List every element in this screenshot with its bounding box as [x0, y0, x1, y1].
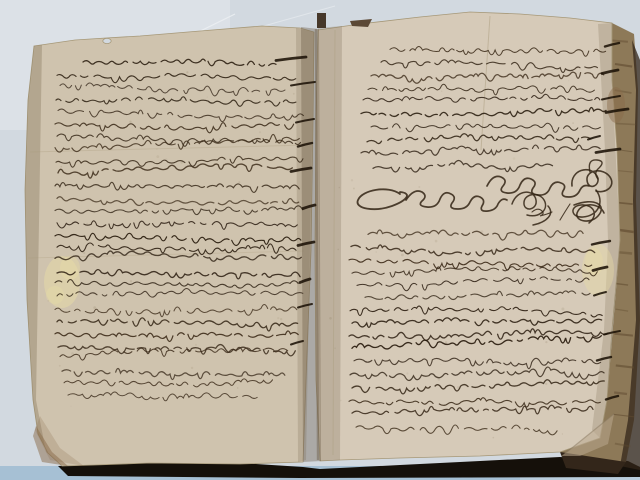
paper-speck: [75, 130, 77, 132]
paper-speck: [156, 148, 157, 149]
edge-stain: [607, 87, 625, 123]
paper-speck: [545, 341, 547, 343]
paper-speck: [93, 306, 96, 309]
paper-speck: [590, 324, 591, 325]
paper-speck: [48, 300, 49, 301]
paper-speck: [353, 188, 355, 190]
paper-speck: [214, 343, 215, 344]
binding-cord: [317, 13, 326, 28]
paper-speck: [293, 93, 295, 95]
paper-speck: [329, 317, 332, 320]
paper-speck: [71, 406, 72, 407]
paper-speck: [259, 131, 261, 133]
paper-speck: [277, 317, 279, 319]
worm-hole: [103, 38, 111, 43]
paper-speck: [280, 318, 282, 320]
paper-speck: [442, 280, 443, 281]
paper-speck: [334, 347, 336, 349]
paper-speck: [130, 280, 132, 282]
paper-speck: [441, 364, 442, 365]
right-page: [315, 12, 625, 461]
paper-speck: [572, 122, 574, 124]
paper-speck: [86, 223, 88, 225]
paper-speck: [71, 352, 74, 355]
paper-speck: [378, 121, 379, 122]
paper-speck: [186, 71, 188, 73]
paper-speck: [340, 400, 342, 402]
paper-speck: [457, 386, 459, 388]
paper-speck: [509, 147, 510, 148]
paper-speck: [178, 77, 179, 78]
paper-speck: [195, 344, 197, 346]
paper-speck: [441, 91, 442, 92]
paper-speck: [568, 80, 569, 81]
right-page-gutter-shading: [318, 26, 342, 461]
page-edge-streak: [612, 41, 628, 42]
paper-speck: [129, 121, 131, 123]
paper-speck: [284, 146, 285, 147]
page-edge-streak: [614, 393, 627, 395]
paper-speck: [61, 166, 63, 168]
photo-canvas: [0, 0, 640, 480]
paper-speck: [513, 157, 516, 160]
paper-speck: [83, 252, 85, 254]
paper-speck: [238, 181, 240, 183]
paper-speck: [376, 251, 377, 252]
paper-speck: [351, 179, 353, 181]
paper-speck: [562, 433, 563, 434]
paper-speck: [207, 97, 208, 98]
paper-speck: [507, 201, 508, 202]
manuscript-photo: [0, 0, 640, 480]
paper-speck: [418, 186, 420, 188]
paper-speck: [493, 437, 495, 439]
paper-speck: [406, 372, 408, 374]
paper-speck: [76, 383, 77, 384]
paper-speck: [401, 254, 404, 257]
paper-speck: [191, 367, 193, 369]
paper-speck: [156, 155, 159, 158]
paper-speck: [237, 387, 238, 388]
paper-speck: [545, 383, 547, 385]
paper-speck: [435, 240, 438, 243]
paper-speck: [59, 365, 61, 367]
paper-speck: [339, 187, 341, 189]
paper-speck: [337, 249, 339, 251]
paper-speck: [561, 308, 564, 311]
paper-speck: [445, 341, 448, 344]
